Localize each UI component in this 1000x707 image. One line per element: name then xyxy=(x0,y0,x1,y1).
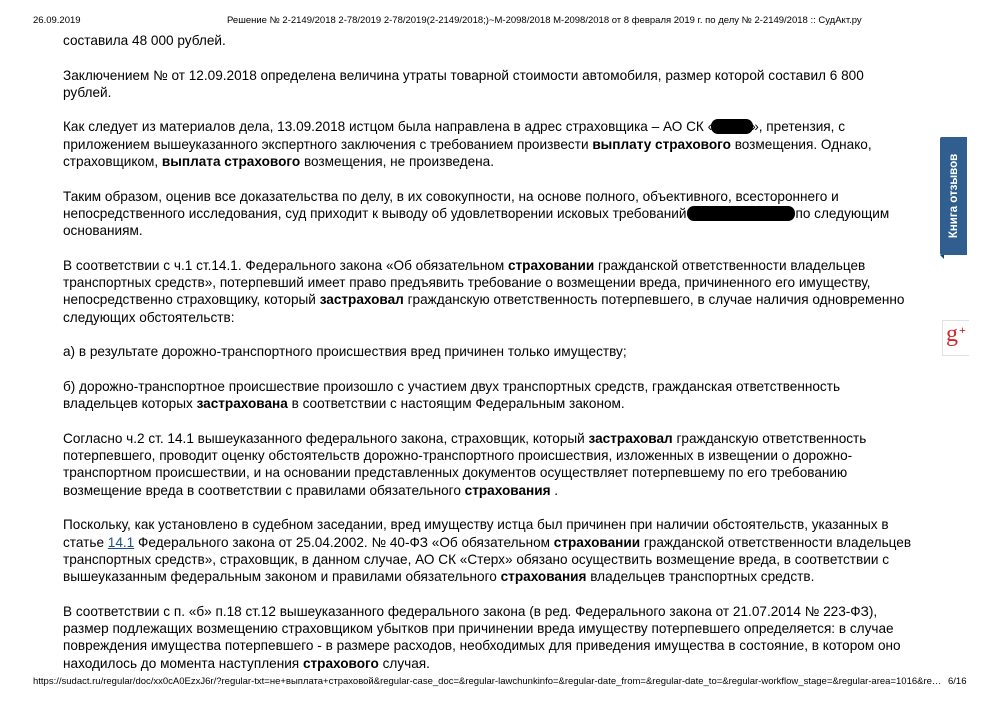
review-book-label: Книга отзывов xyxy=(948,154,960,238)
highlight-term: страхования xyxy=(501,569,587,584)
redaction-block xyxy=(687,206,795,221)
google-plus-icon: g xyxy=(946,321,958,347)
paragraph: В соответствии с п. «б» п.18 ст.12 вышеу… xyxy=(63,603,913,672)
page-url: https://sudact.ru/regular/doc/xx0cA0EzxJ… xyxy=(33,676,941,687)
google-plus-plus-icon: + xyxy=(959,323,966,338)
print-footer: https://sudact.ru/regular/doc/xx0cA0EzxJ… xyxy=(0,676,1000,690)
paragraph: Поскольку, как установлено в судебном за… xyxy=(63,516,913,585)
review-book-tab[interactable]: Книга отзывов xyxy=(940,137,967,255)
document-body: составила 48 000 рублей. Заключением № о… xyxy=(63,32,913,689)
paragraph: б) дорожно-транспортное происшествие про… xyxy=(63,378,913,413)
highlight-term: выплату страхового xyxy=(592,137,731,152)
paragraph: Заключением № от 12.09.2018 определена в… xyxy=(63,67,913,102)
law-article-link[interactable]: 14.1 xyxy=(108,535,134,550)
paragraph: составила 48 000 рублей. xyxy=(63,32,913,49)
redaction-block xyxy=(711,119,753,134)
highlight-term: страхового xyxy=(303,656,379,671)
paragraph: Как следует из материалов дела, 13.09.20… xyxy=(63,118,913,170)
highlight-term: застраховал xyxy=(320,292,404,307)
page-number: 6/16 xyxy=(948,676,967,687)
highlight-term: выплата страхового xyxy=(162,154,300,169)
paragraph: а) в результате дорожно-транспортного пр… xyxy=(63,343,913,360)
highlight-term: страховании xyxy=(508,258,594,273)
paragraph: Таким образом, оценив все доказательства… xyxy=(63,188,913,240)
paragraph: В соответствии с ч.1 ст.14.1. Федерально… xyxy=(63,257,913,326)
highlight-term: застраховал xyxy=(589,431,673,446)
highlight-term: страхования xyxy=(465,483,551,498)
document-title: Решение № 2-2149/2018 2-78/2019 2-78/201… xyxy=(227,15,862,26)
highlight-term: застрахована xyxy=(197,396,288,411)
print-date: 26.09.2019 xyxy=(33,15,81,26)
google-plus-button[interactable]: g + xyxy=(942,320,969,356)
highlight-term: страховании xyxy=(554,535,640,550)
paragraph: Согласно ч.2 ст. 14.1 вышеуказанного фед… xyxy=(63,430,913,499)
print-header: 26.09.2019 Решение № 2-2149/2018 2-78/20… xyxy=(0,15,1000,29)
